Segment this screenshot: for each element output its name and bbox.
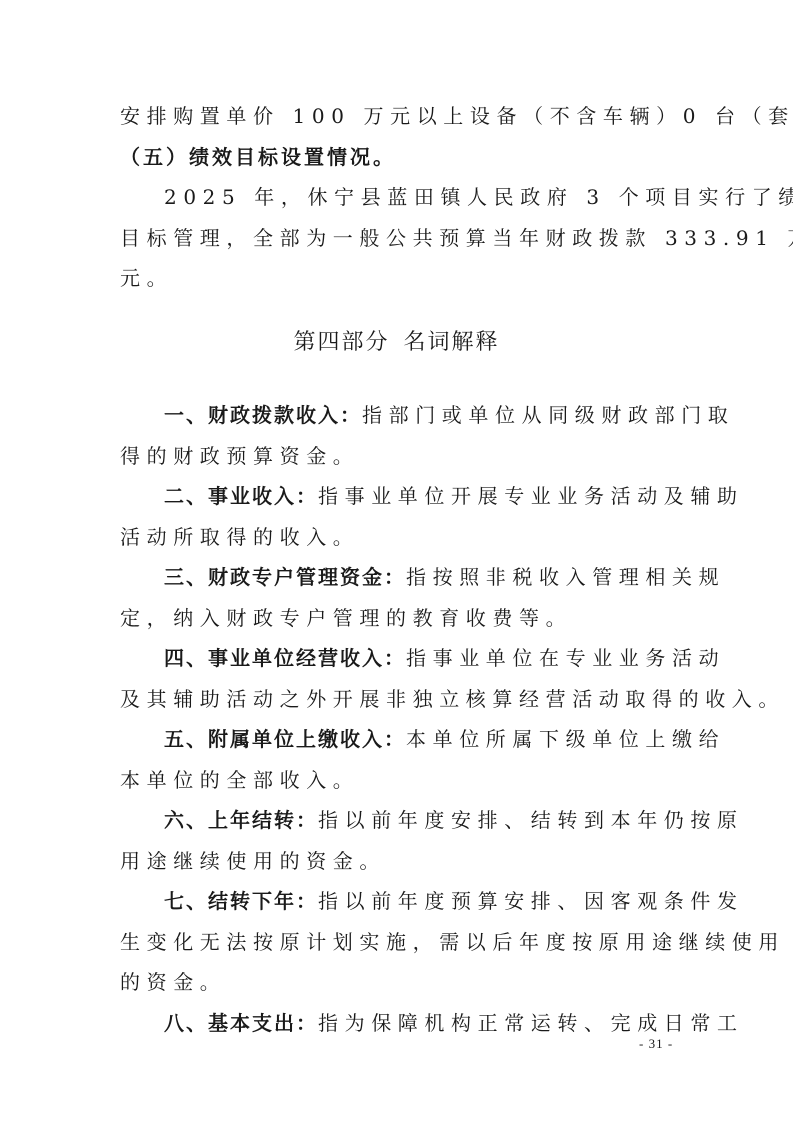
definition-text-cont: 的资金。 <box>120 962 676 1003</box>
definition-item: 七、结转下年：指以前年度预算安排、因客观条件发 <box>120 881 676 922</box>
definition-item: 一、财政拨款收入：指部门或单位从同级财政部门取 <box>120 395 676 436</box>
definition-term: 五、附属单位上缴收入： <box>164 727 406 751</box>
subheading-performance-goals: （五）绩效目标设置情况。 <box>120 137 676 178</box>
definition-item: 四、事业单位经营收入：指事业单位在专业业务活动 <box>120 638 676 679</box>
definition-item: 五、附属单位上缴收入：本单位所属下级单位上缴给 <box>120 719 676 760</box>
definition-term: 二、事业收入： <box>164 484 318 508</box>
definition-text: 指事业单位在专业业务活动 <box>406 646 725 670</box>
definition-item: 二、事业收入：指事业单位开展专业业务活动及辅助 <box>120 476 676 517</box>
definition-item: 三、财政专户管理资金：指按照非税收入管理相关规 <box>120 557 676 598</box>
definition-item: 八、基本支出：指为保障机构正常运转、完成日常工 <box>120 1003 676 1044</box>
paragraph-line: 目标管理，全部为一般公共预算当年财政拨款 333.91 万 <box>120 218 676 259</box>
definition-text-cont: 生变化无法按原计划实施，需以后年度按原用途继续使用 <box>120 922 676 963</box>
definition-text-cont: 定，纳入财政专户管理的教育收费等。 <box>120 598 676 639</box>
definition-term: 八、基本支出： <box>164 1011 318 1035</box>
definition-text-cont: 本单位的全部收入。 <box>120 760 676 801</box>
section-heading: 第四部分名词解释 <box>0 326 793 360</box>
definitions-list: 一、财政拨款收入：指部门或单位从同级财政部门取 得的财政预算资金。 二、事业收入… <box>120 395 676 1043</box>
definition-text: 本单位所属下级单位上缴给 <box>406 727 725 751</box>
definition-text-cont: 活动所取得的收入。 <box>120 517 676 558</box>
definition-text: 指部门或单位从同级财政部门取 <box>362 403 734 427</box>
definition-text-cont: 及其辅助活动之外开展非独立核算经营活动取得的收入。 <box>120 679 676 720</box>
page-number: - 31 - <box>639 1036 673 1052</box>
definition-term: 六、上年结转： <box>164 808 318 832</box>
definition-text: 指按照非税收入管理相关规 <box>406 565 725 589</box>
section-heading-title: 名词解释 <box>404 330 500 355</box>
definition-text: 指以前年度安排、结转到本年仍按原 <box>318 808 744 832</box>
definition-text: 指以前年度预算安排、因客观条件发 <box>318 889 744 913</box>
definition-text-cont: 得的财政预算资金。 <box>120 436 676 477</box>
definition-item: 六、上年结转：指以前年度安排、结转到本年仍按原 <box>120 800 676 841</box>
definition-term: 三、财政专户管理资金： <box>164 565 406 589</box>
definition-term: 一、财政拨款收入： <box>164 403 362 427</box>
paragraph-line: 2025 年，休宁县蓝田镇人民政府 3 个项目实行了绩效 <box>120 177 676 218</box>
definition-term: 四、事业单位经营收入： <box>164 646 406 670</box>
definition-text-cont: 用途继续使用的资金。 <box>120 841 676 882</box>
definition-text: 指为保障机构正常运转、完成日常工 <box>318 1011 744 1035</box>
top-section: 安排购置单价 100 万元以上设备（不含车辆）0 台（套） （五）绩效目标设置情… <box>120 96 676 299</box>
definition-term: 七、结转下年： <box>164 889 318 913</box>
section-heading-part: 第四部分 <box>293 330 389 355</box>
equipment-line: 安排购置单价 100 万元以上设备（不含车辆）0 台（套） <box>120 96 676 137</box>
definition-text: 指事业单位开展专业业务活动及辅助 <box>318 484 744 508</box>
paragraph-line: 元。 <box>120 258 676 299</box>
